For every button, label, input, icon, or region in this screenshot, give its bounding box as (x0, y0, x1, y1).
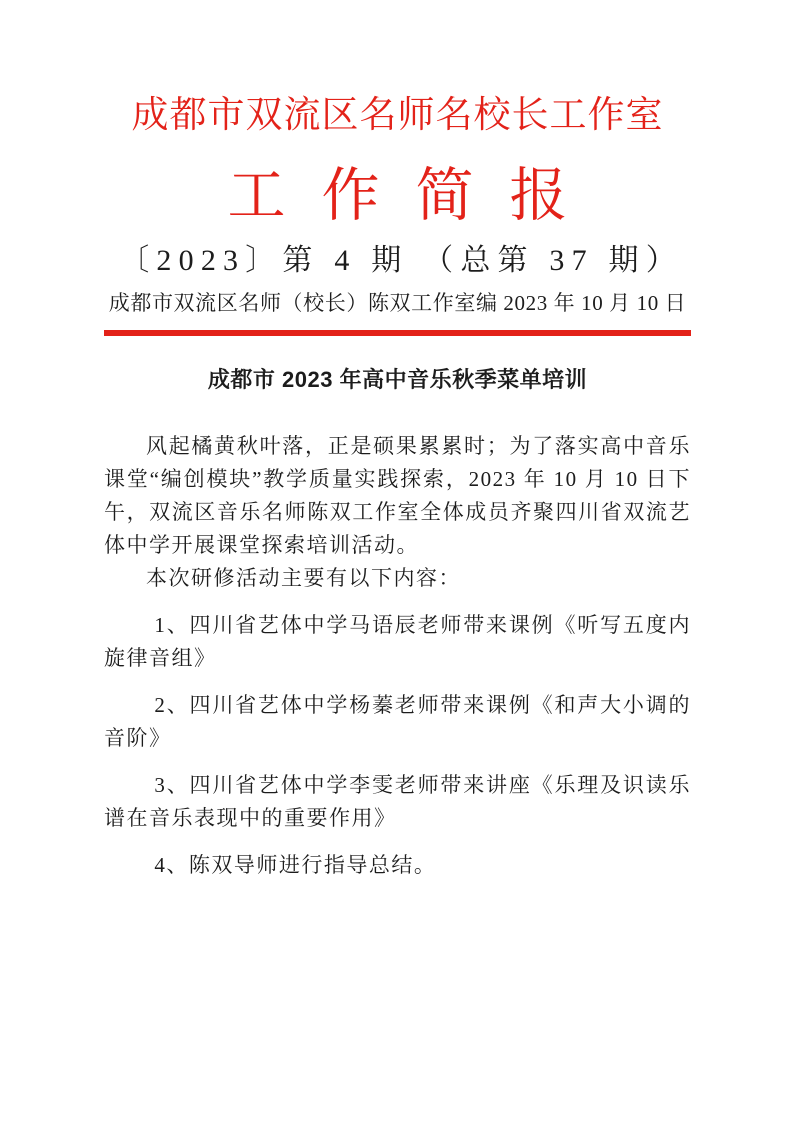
list-item-4: 4、陈双导师进行指导总结。 (104, 849, 691, 882)
masthead: 成都市双流区名师名校长工作室 工作简报 〔2023〕第 4 期 （总第 37 期… (104, 92, 691, 336)
document-page: 成都市双流区名师名校长工作室 工作简报 〔2023〕第 4 期 （总第 37 期… (0, 0, 794, 1123)
intro-paragraph: 风起橘黄秋叶落，正是硕果累累时；为了落实高中音乐课堂“编创模块”教学质量实践探索… (104, 430, 691, 562)
lead-in-paragraph: 本次研修活动主要有以下内容： (104, 562, 691, 595)
article-heading: 成都市 2023 年高中音乐秋季菜单培训 (104, 366, 691, 394)
editor-date-line: 成都市双流区名师（校长）陈双工作室编 2023 年 10 月 10 日 (104, 290, 691, 316)
list-item-2: 2、四川省艺体中学杨蓁老师带来课例《和声大小调的音阶》 (104, 689, 691, 755)
list-item-3: 3、四川省艺体中学李雯老师带来讲座《乐理及识读乐谱在音乐表现中的重要作用》 (104, 769, 691, 835)
bulletin-title: 工作简报 (104, 164, 691, 228)
org-title: 成都市双流区名师名校长工作室 (104, 92, 691, 140)
issue-number-line: 〔2023〕第 4 期 （总第 37 期） (104, 243, 691, 279)
list-item-1: 1、四川省艺体中学马语辰老师带来课例《听写五度内旋律音组》 (104, 609, 691, 675)
masthead-divider-rule (104, 330, 691, 336)
article-body: 成都市 2023 年高中音乐秋季菜单培训 风起橘黄秋叶落，正是硕果累累时；为了落… (104, 366, 691, 882)
article-text: 风起橘黄秋叶落，正是硕果累累时；为了落实高中音乐课堂“编创模块”教学质量实践探索… (104, 430, 691, 882)
